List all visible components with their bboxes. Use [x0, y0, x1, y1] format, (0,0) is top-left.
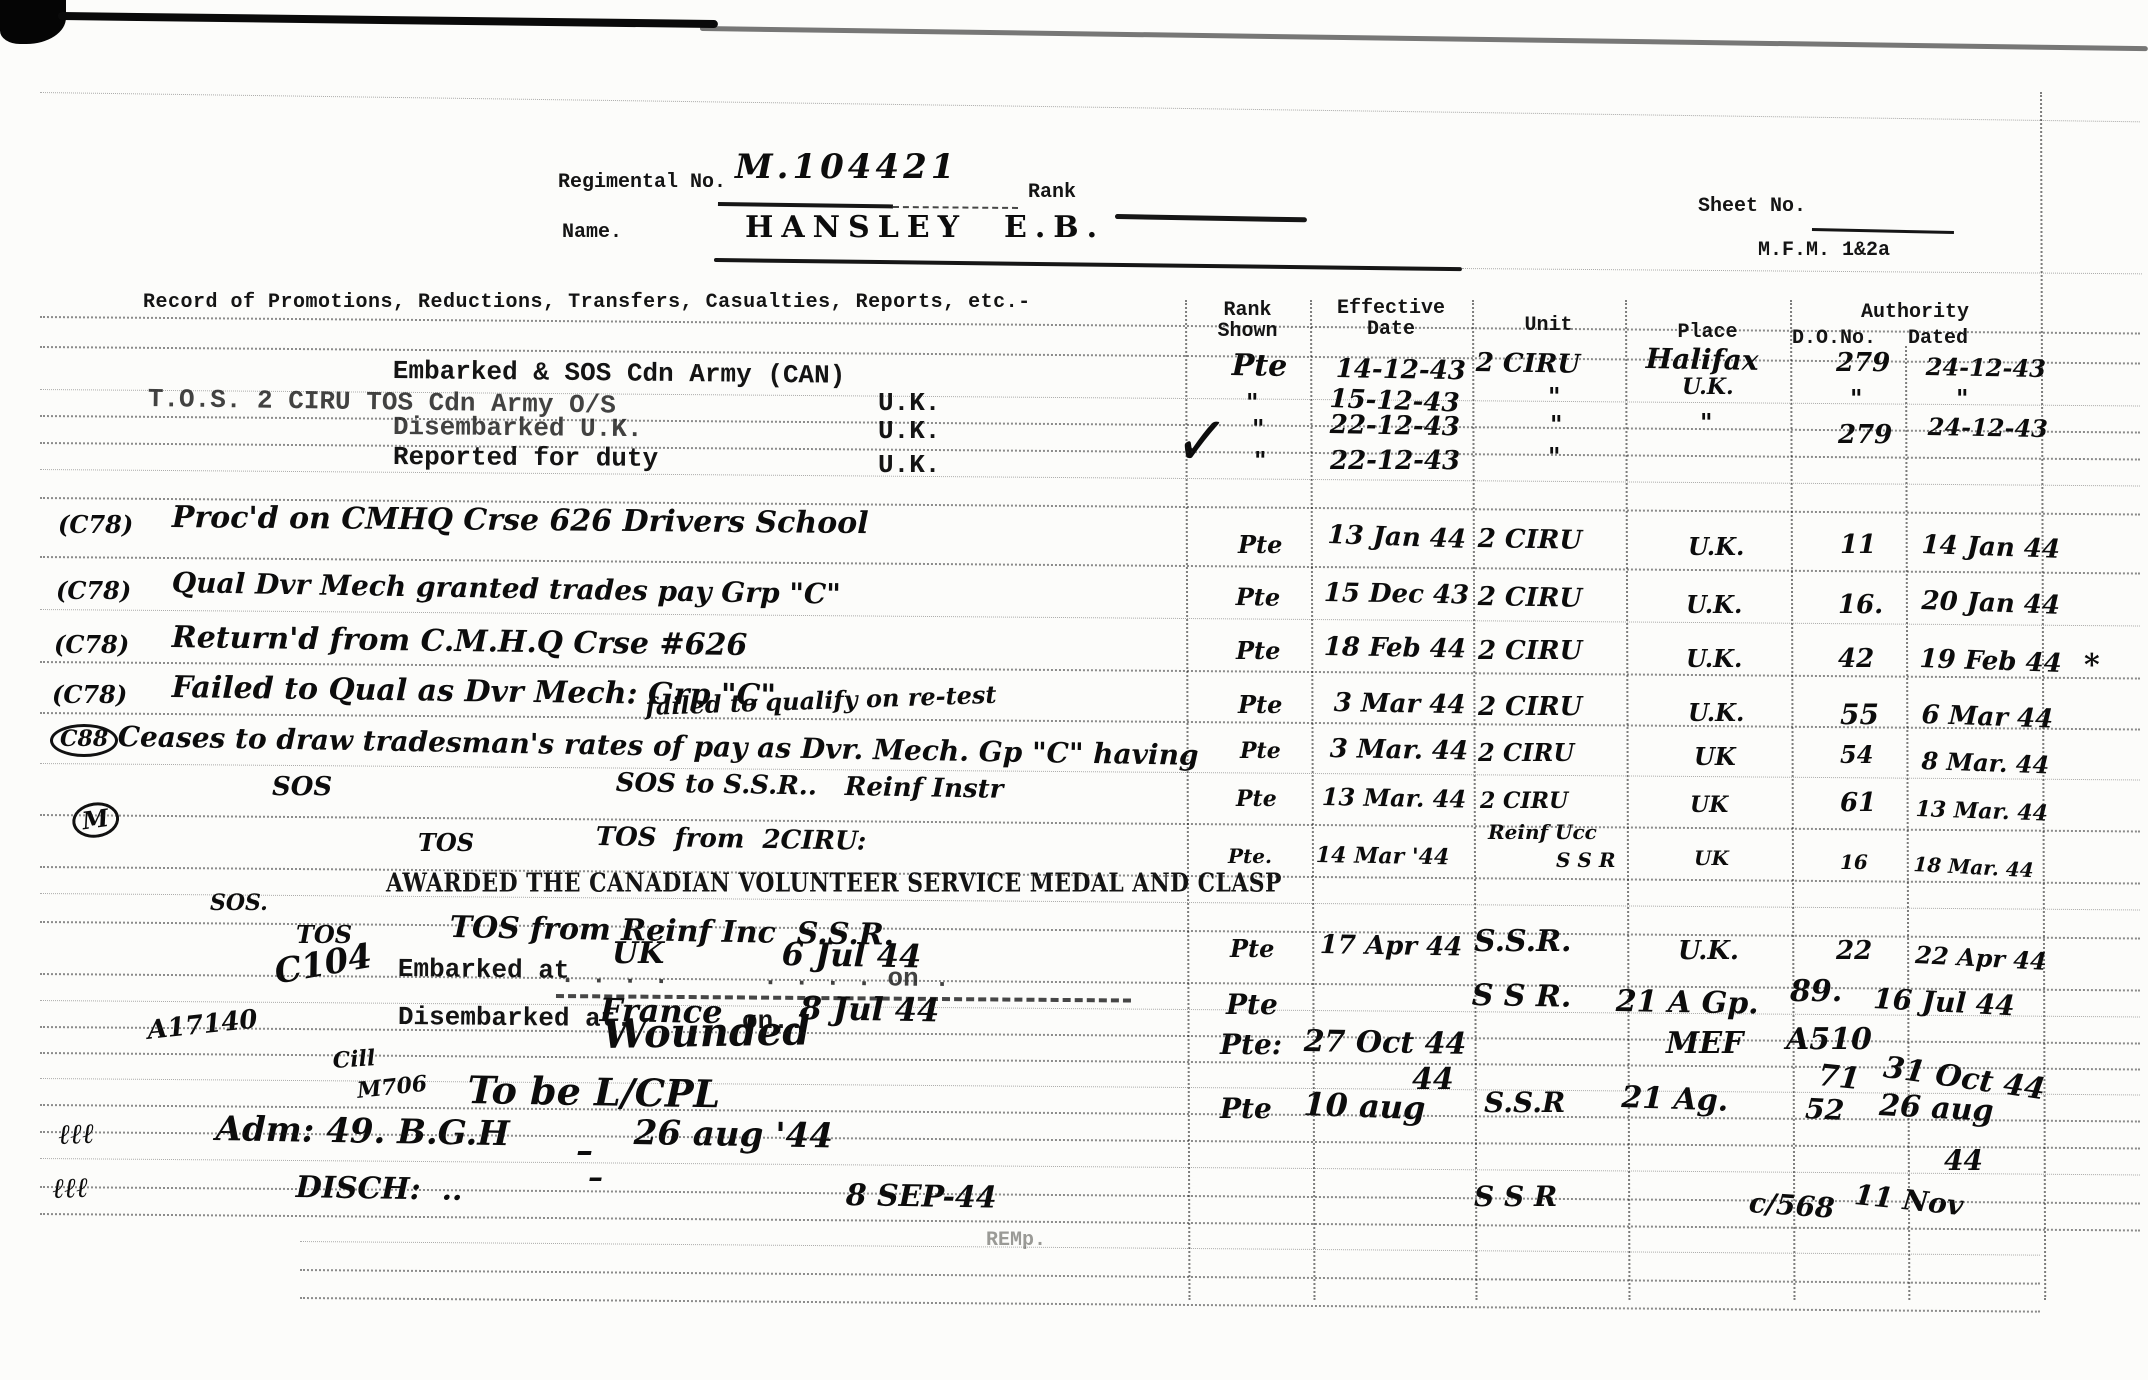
cell-dono: 22: [1836, 938, 1872, 965]
cell-place: 21 Ag.: [1621, 1082, 1729, 1117]
entry-embarked-date: 6 Jul 44: [781, 938, 921, 974]
cell-dated: 8 Mar. 44: [1921, 748, 2050, 778]
underline: [718, 202, 893, 208]
cell-place: U.K.: [1686, 592, 1742, 617]
cell-rank: Pte: [1220, 1094, 1272, 1123]
cell-dono: 16: [1840, 852, 1868, 873]
cell-date: 18 Feb 44: [1324, 634, 1467, 664]
mfm-label: M.F.M. 1&2a: [1758, 240, 1890, 261]
scanned-service-record: Regimental No. M.104421 Rank Sheet No. M…: [0, 0, 2148, 1380]
cell-place: ": [1700, 410, 1713, 435]
cell-rank: Pte.: [1228, 846, 1272, 867]
regimental-no-label: Regimental No.: [558, 172, 726, 193]
margin-initial-circled: M: [70, 800, 121, 841]
margin-code: (C78): [56, 578, 131, 603]
column-line: [1310, 300, 1315, 1300]
underline: [714, 258, 1462, 271]
cell-dono: ": [1850, 386, 1863, 411]
cell-unit: ": [1550, 412, 1563, 437]
col-header-unit: Unit: [1472, 315, 1625, 336]
cell-dated: 22 Apr 44: [1915, 942, 2048, 974]
cell-dated: 26 aug: [1878, 1090, 1994, 1127]
cell-rank: Pte: [1240, 740, 1281, 763]
ruled-line: [40, 469, 2140, 486]
cell-place: U.K.: [1678, 938, 1739, 965]
cell-unit: 2 CIRU: [1478, 740, 1574, 765]
col-header-rank-shown: Rank Shown: [1185, 300, 1310, 342]
cell-date: 14-12-43: [1336, 356, 1467, 386]
underline: [893, 206, 1018, 209]
cell-rank: Pte: [1236, 638, 1280, 663]
cell-dated: 19 Feb 44: [1919, 646, 2062, 678]
cell-dated: 13 Mar. 44: [1915, 798, 2048, 826]
cell-dated-part: 44: [1944, 1146, 1983, 1175]
entry-tos-2ciru-hand: TOS from 2CIRU:: [596, 824, 867, 856]
entry-sos-ssr: SOS to S.S.R..: [616, 770, 818, 801]
margin-scrawl: ℓℓℓ: [58, 1119, 95, 1150]
entry-reinf-instr: Reinf Instr: [845, 774, 1004, 804]
entry-embarked-uk: UK: [612, 938, 664, 970]
entry-dash-2: –: [588, 1162, 603, 1194]
col-header-effective-date: Effective Date: [1310, 298, 1472, 340]
cell-dono: 16.: [1838, 592, 1883, 619]
regimental-no-value: M.104421: [735, 150, 958, 186]
cell-rank: ": [1246, 390, 1259, 415]
cell-place: UK: [1694, 744, 1736, 769]
cell-dono: 42: [1838, 646, 1874, 673]
cell-unit: 2 CIRU: [1476, 350, 1581, 379]
margin-m706: M706: [356, 1073, 428, 1103]
entry-uk-1: U.K.: [878, 390, 940, 417]
cell-dono: c/568: [1748, 1188, 1836, 1223]
margin-code: (C78): [58, 512, 133, 537]
entry-disch-date: 8 SEP-44: [845, 1180, 996, 1214]
cell-date: 10 aug: [1303, 1088, 1426, 1126]
cell-place: MEF: [1666, 1028, 1743, 1060]
scan-smudge: [0, 0, 66, 44]
cell-dono: 89.: [1790, 976, 1842, 1008]
scan-streak: [700, 26, 2148, 51]
entry-embarked-at: Embarked at: [398, 956, 570, 985]
cell-unit: ": [1548, 384, 1561, 409]
cell-dono: 54: [1840, 742, 1873, 767]
margin-code-circled: C88: [50, 724, 118, 757]
checkmark: ✓: [1171, 400, 1232, 485]
cell-dated: 20 Jan 44: [1921, 588, 2060, 620]
entry-embarked-sos: Embarked & SOS Cdn Army (CAN): [393, 358, 846, 390]
cell-unit: S.S.R.: [1474, 926, 1571, 958]
col-header-authority: Authority: [1790, 302, 2040, 323]
ruled-line: [300, 1241, 2040, 1256]
cell-date: 15 Dec 43: [1324, 580, 1470, 610]
column-line: [1790, 300, 1795, 1300]
cell-unit: 2 CIRU: [1478, 694, 1582, 721]
cell-date: 3 Mar. 44: [1330, 736, 1469, 766]
cell-date: 14 Mar '44: [1316, 844, 1450, 869]
cell-unit: S S R: [1556, 850, 1615, 871]
cell-rank: Pte: [1238, 532, 1282, 557]
cell-unit: 2 CIRU: [1478, 584, 1583, 613]
col-header-place: Place: [1625, 322, 1790, 343]
scan-streak: [58, 12, 718, 28]
cell-dated: 14 Jan 44: [1921, 532, 2060, 564]
cell-rank: Pte: [1236, 788, 1277, 811]
ruled-line: [300, 1297, 2040, 1313]
cell-place: U.K.: [1688, 534, 1744, 559]
entry-sos: SOS: [272, 774, 332, 801]
cell-dono: 279: [1836, 350, 1890, 377]
entry-returned: Return'd from C.M.H.Q Crse #626: [172, 622, 748, 662]
rank-label: Rank: [1028, 182, 1076, 203]
cell-place: UK: [1694, 848, 1729, 869]
cell-unit: 2 CIRU: [1478, 526, 1583, 555]
ruled-line: [40, 442, 2140, 460]
ruled-line: [40, 415, 2140, 433]
cell-date: 17 Apr 44: [1320, 932, 1463, 962]
underline: [1812, 228, 1954, 234]
cell-dono: 61: [1840, 790, 1876, 817]
cell-date: 13 Jan 44: [1327, 522, 1466, 554]
ruled-line: [40, 921, 2140, 939]
cell-unit: 2 CIRU: [1478, 638, 1582, 665]
entry-disembarked-date: 8 Jul 44: [799, 992, 939, 1028]
ruled-line: [300, 1269, 2040, 1285]
entry-tcs: TOS: [418, 830, 474, 855]
entry-ceases-pay: Ceases to draw tradesman's rates of pay …: [117, 722, 1198, 770]
cell-place: UK: [1690, 794, 1728, 817]
sheet-no-label: Sheet No.: [1698, 196, 1806, 217]
name-label: Name.: [562, 222, 622, 243]
cell-date: 13 Mar. 44: [1322, 784, 1467, 812]
cell-place: 21 A Gp.: [1615, 986, 1758, 1020]
cell-rank: ": [1252, 416, 1265, 441]
cell-date: 27 Oct 44: [1303, 1026, 1466, 1060]
cell-dono: 11: [1840, 532, 1876, 559]
cell-rank: Pte: [1226, 990, 1278, 1019]
cell-dated: ": [1956, 386, 1969, 411]
cell-rank: Pte: [1238, 692, 1282, 717]
margin-code: (C78): [54, 632, 129, 657]
cell-rank: Pte: [1236, 584, 1281, 610]
cell-place: U.K.: [1688, 700, 1744, 725]
column-line: [1472, 300, 1477, 1300]
cell-dono: 279: [1838, 422, 1892, 449]
column-line: [1625, 300, 1630, 1300]
cell-unit: ": [1548, 444, 1561, 469]
cell-rank: Pte: [1230, 936, 1274, 961]
underline: [1115, 214, 1307, 222]
margin-a17140: A17140: [146, 1006, 259, 1045]
cell-date: 3 Mar 44: [1334, 690, 1466, 720]
cell-unit: S.S.R: [1484, 1088, 1565, 1117]
entry-drivers-school: Proc'd on CMHQ Crse 626 Drivers School: [172, 502, 869, 540]
cell-place: U.K.: [1682, 376, 1734, 399]
ruled-line: [40, 814, 2140, 832]
cell-dono: 55: [1840, 700, 1879, 729]
margin-cill: Cill: [332, 1047, 376, 1073]
cell-dono: 52: [1804, 1094, 1844, 1125]
entry-qual-dvr: Qual Dvr Mech granted trades pay Grp "C": [171, 568, 841, 609]
margin-code: (C78): [52, 682, 127, 707]
stamp-faint: REMp.: [986, 1230, 1046, 1251]
cell-unit: 2 CIRU: [1480, 790, 1568, 813]
cell-dated: 18 Mar. 44: [1913, 854, 2034, 881]
record-title: Record of Promotions, Reductions, Transf…: [143, 292, 1031, 313]
cell-place: U.K.: [1686, 646, 1742, 671]
cell-dated: 24-12-43: [1926, 354, 2047, 381]
margin-c104: C104: [272, 939, 375, 991]
name-value: HANSLEY E.B.: [745, 212, 1105, 244]
cell-dated: 24-12-43: [1928, 414, 2049, 441]
scan-line: [40, 92, 2140, 122]
column-line: [1905, 346, 1910, 1300]
